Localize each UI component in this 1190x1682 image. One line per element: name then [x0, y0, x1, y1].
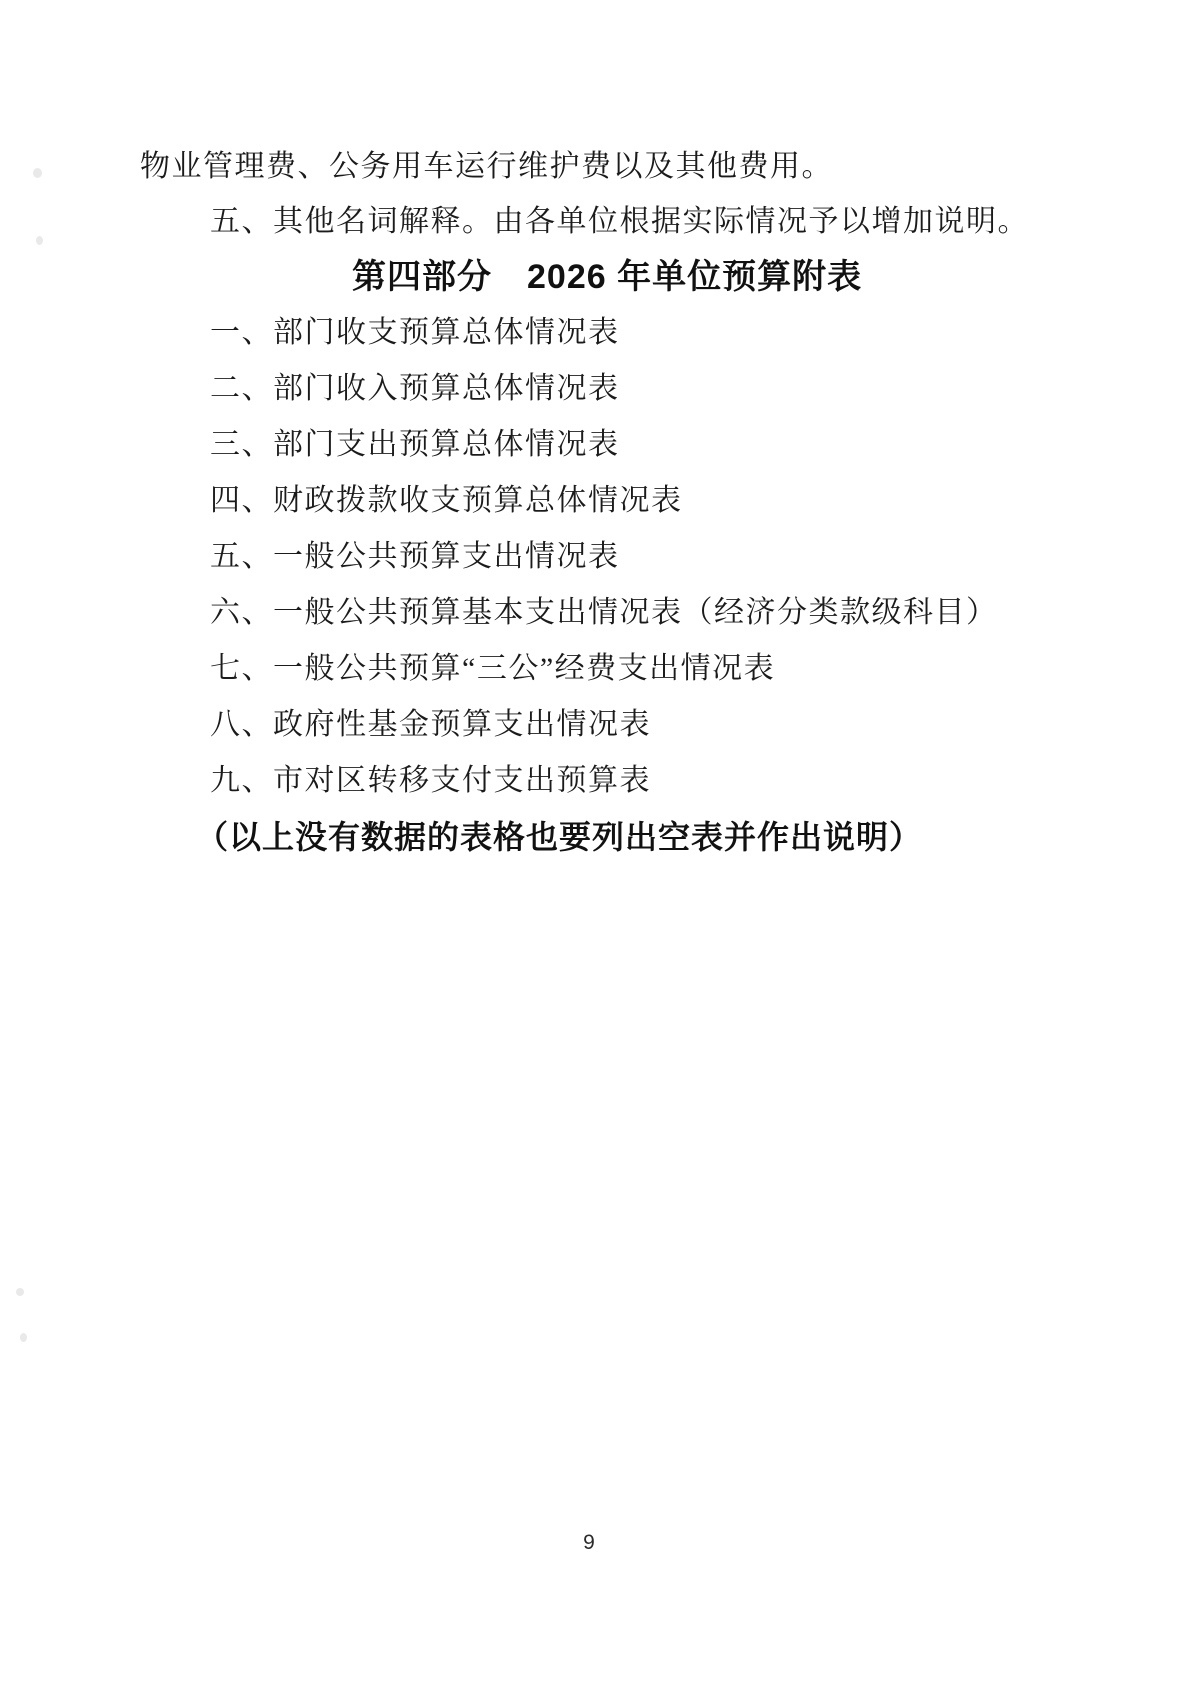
appendix-table-item-4: 四、财政拨款收支预算总体情况表: [210, 483, 683, 519]
scan-artifact: [20, 1333, 27, 1342]
appendix-table-item-5: 五、一般公共预算支出情况表: [210, 539, 620, 575]
scan-artifact: [33, 168, 42, 178]
document-page: 物业管理费、公务用车运行维护费以及其他费用。 五、其他名词解释。由各单位根据实际…: [0, 0, 1190, 1682]
appendix-table-item-3: 三、部门支出预算总体情况表: [210, 427, 620, 463]
appendix-table-item-7: 七、一般公共预算“三公”经费支出情况表: [210, 651, 775, 687]
scan-artifact: [36, 236, 43, 245]
appendix-table-item-6: 六、一般公共预算基本支出情况表（经济分类款级科目）: [210, 595, 998, 631]
closing-note: （以上没有数据的表格也要列出空表并作出说明）: [196, 818, 922, 856]
appendix-table-item-1: 一、部门收支预算总体情况表: [210, 315, 620, 351]
page-number: 9: [0, 1531, 1178, 1555]
appendix-table-item-9: 九、市对区转移支付支出预算表: [210, 763, 651, 799]
scan-artifact: [16, 1288, 24, 1296]
appendix-table-item-2: 二、部门收入预算总体情况表: [210, 371, 620, 407]
list-item-other-terms: 五、其他名词解释。由各单位根据实际情况予以增加说明。: [210, 204, 1029, 240]
section-title: 第四部分 2026 年单位预算附表: [352, 257, 862, 297]
appendix-table-item-8: 八、政府性基金预算支出情况表: [210, 707, 651, 743]
paragraph-continuation-line: 物业管理费、公务用车运行维护费以及其他费用。: [140, 149, 833, 185]
